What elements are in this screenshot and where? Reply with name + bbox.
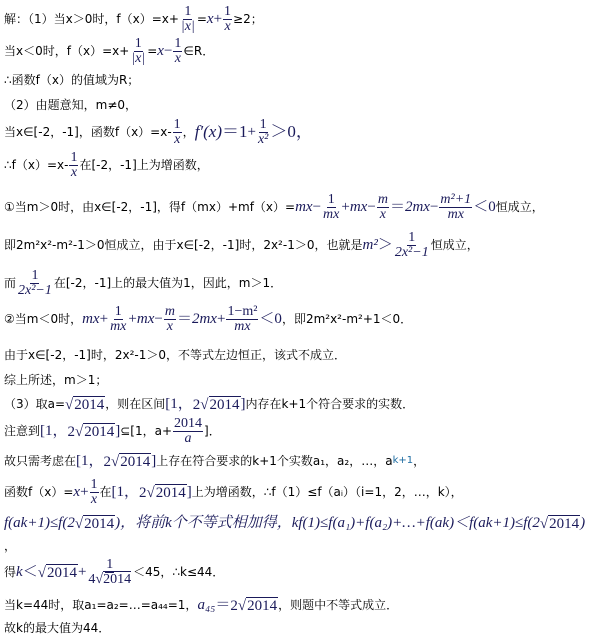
line-2: 当x＜0时，f（x）=x+ 1|x| =x− 1x ∈R． xyxy=(4,36,214,66)
fraction: 1x xyxy=(223,5,232,34)
line-16: 函数f（x）= x+ 1x 在 [1，2√2014] 上为增函数，∴f（1）≤f… xyxy=(4,477,463,507)
line-21: 故k的最大值为44． xyxy=(4,620,110,636)
text: 解：（1）当x＞0时，f（x）=x+ xyxy=(4,11,179,27)
fraction: 1x xyxy=(173,37,182,66)
line-3: ∴函数f（x）的值域为R； xyxy=(4,72,139,88)
line-12: 综上所述，m＞1； xyxy=(4,372,107,388)
line-8: 即2m²x²-m²-1＞0恒成立，由于x∈[-2，-1]时，2x²-1＞0，也就… xyxy=(4,228,479,262)
line-4: （2）由题意知，m≠0， xyxy=(4,97,137,113)
line-17: f(ak+1)≤f(2√2014)，将前k个不等式相加得， kf(1)≤f(a₁… xyxy=(4,512,585,534)
line-9: 而 12x²−1 在[-2，-1]上的最大值为1，因此，m＞1． xyxy=(4,266,282,300)
line-15: 故只需考虑在 [1，2√2014] 上存在符合要求的k+1个实数a₁，a₂，…，… xyxy=(4,450,425,472)
line-10: ②当m＜0时， mx+ 1mx +mx− mx ＝2mx+ 1−m²mx ＜0 … xyxy=(4,302,412,336)
line-13: （3）取a= √2014 ，则在区间 [1，2√2014] 内存在k+1个符合要… xyxy=(4,393,414,415)
line-20: 当k=44时，取a₁=a₂=…=a₄₄=1， a₄₅＝ 2√2014 ，则题中不… xyxy=(4,594,398,616)
line-18: ， xyxy=(4,538,16,554)
line-5: 当x∈[-2，-1]，函数f（x）=x- 1x ， f′(x)＝1+ 1x² ＞… xyxy=(4,116,313,148)
line-6: ∴f（x）=x- 1x 在[-2，-1]上为增函数， xyxy=(4,150,209,180)
line-1: 解：（1）当x＞0时，f（x）=x+ 1|x| = x+ 1x ≥2； xyxy=(4,4,263,34)
fraction: 1|x| xyxy=(130,37,146,66)
line-11: 由于x∈[-2，-1]时，2x²-1＞0，不等式左边恒正，该式不成立． xyxy=(4,347,346,363)
fraction: 1|x| xyxy=(180,5,196,34)
line-7: ①当m＞0时，由x∈[-2，-1]，得f（mx）+mf（x）= mx− 1mx … xyxy=(4,190,544,224)
line-14: 注意到 [1，2√2014] ⊆[1，a+ 2014a ]． xyxy=(4,414,221,448)
line-19: 得 k＜ √2014+ 14√2014 ＜45，∴k≤44． xyxy=(4,555,224,589)
